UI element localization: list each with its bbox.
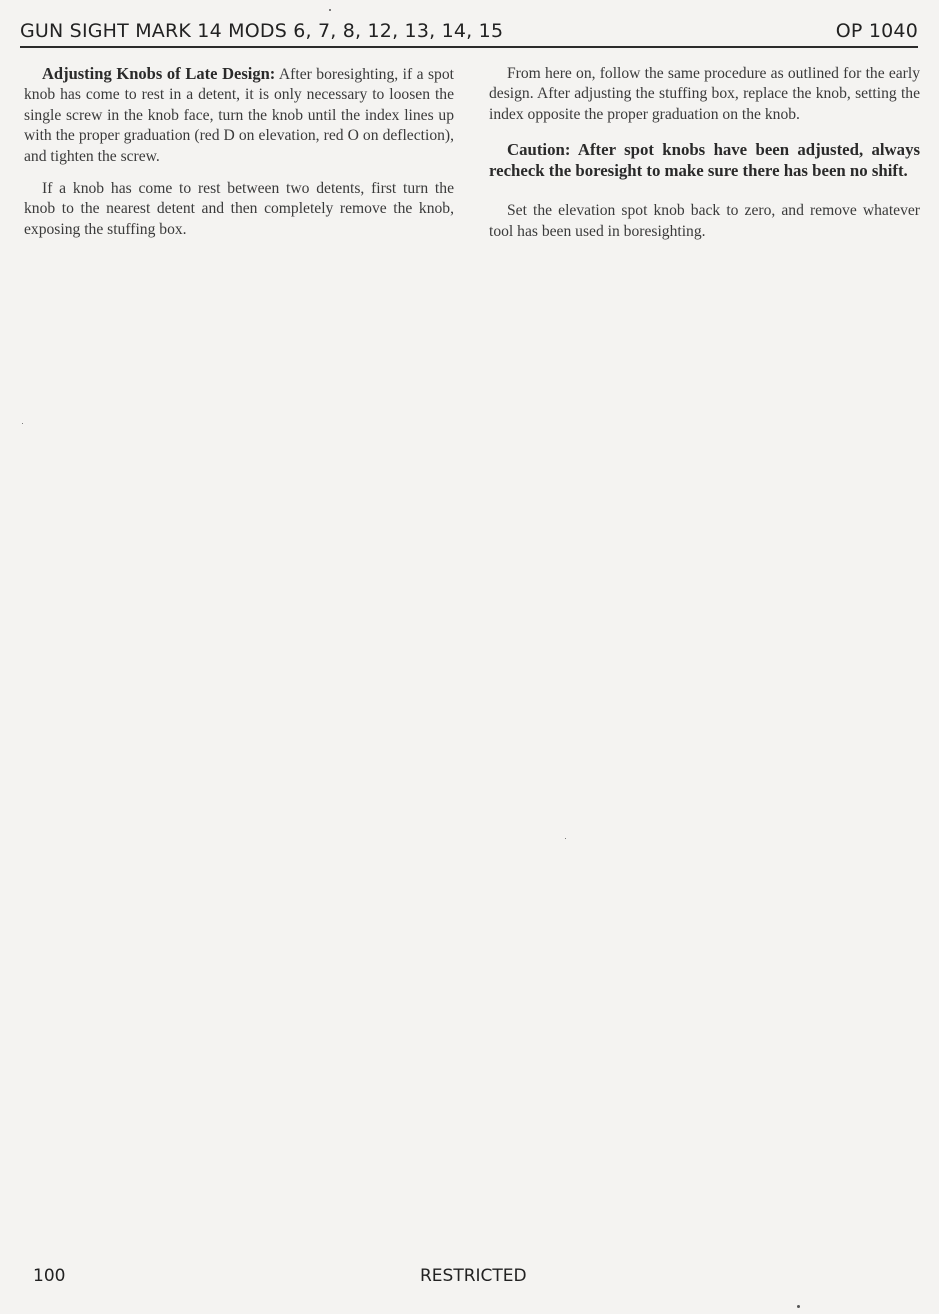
document-number: OP 1040 [836, 20, 918, 42]
paragraph-late-design: Adjusting Knobs of Late Design: After bo… [24, 64, 454, 167]
classification-marking: RESTRICTED [420, 1266, 527, 1286]
paragraph-lead-heading: Adjusting Knobs of Late Design: [42, 64, 275, 83]
paragraph-between-detents: If a knob has come to rest between two d… [24, 179, 454, 240]
scan-speck [797, 1305, 800, 1308]
scan-speck [22, 423, 23, 424]
page-number: 100 [33, 1266, 65, 1286]
paragraph-reset-knob: Set the elevation spot knob back to zero… [489, 201, 920, 242]
document-title: GUN SIGHT MARK 14 MODS 6, 7, 8, 12, 13, … [20, 20, 503, 42]
scan-speck [565, 838, 566, 839]
scan-speck [329, 9, 331, 11]
running-header: GUN SIGHT MARK 14 MODS 6, 7, 8, 12, 13, … [20, 18, 918, 48]
right-column: From here on, follow the same procedure … [489, 64, 920, 254]
caution-note: Caution: After spot knobs have been adju… [489, 139, 920, 181]
left-column: Adjusting Knobs of Late Design: After bo… [24, 64, 454, 252]
paragraph-procedure: From here on, follow the same procedure … [489, 64, 920, 125]
